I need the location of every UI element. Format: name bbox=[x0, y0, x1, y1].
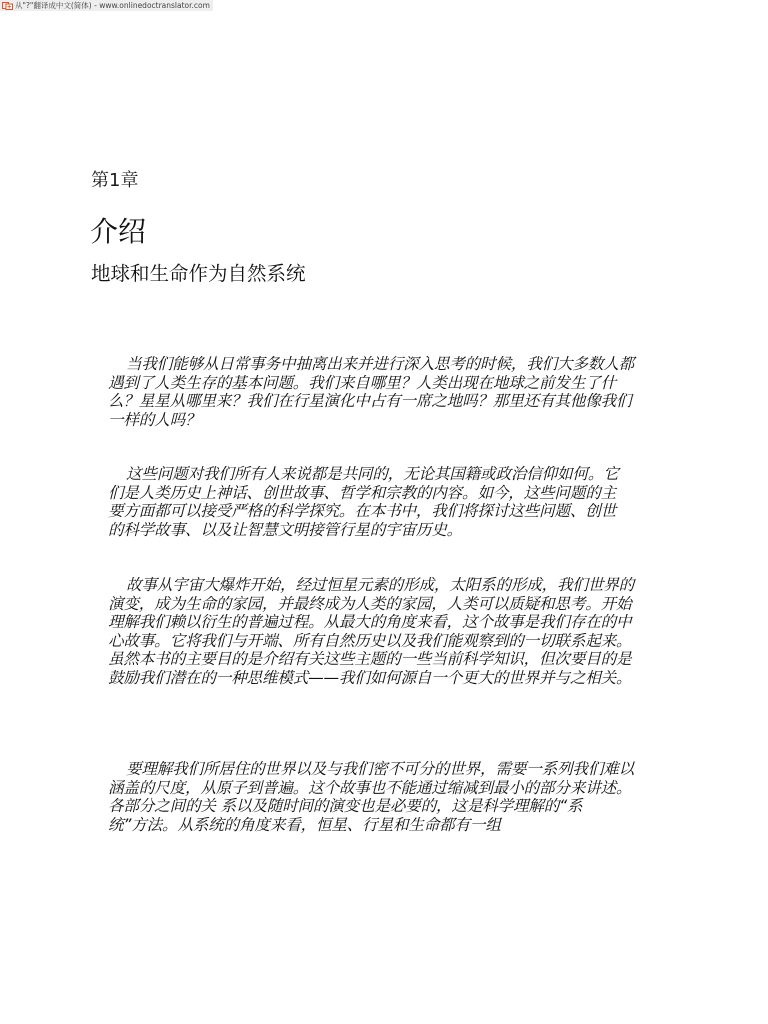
text-line: 们是人类历史上神话、创世故事、哲学和宗教的内容。如今，这些问题的主 bbox=[108, 484, 664, 503]
chapter-title: 介绍 bbox=[90, 215, 146, 249]
paragraph-3: 故事从宇宙大爆炸开始，经过恒星元素的形成，太阳系的形成，我们世界的 演变，成为生… bbox=[108, 576, 664, 688]
text-line: 各部分之间的关 系以及随时间的演变也是必要的，这是科学理解的“系 bbox=[108, 797, 664, 816]
chapter-label: 第1章 bbox=[91, 170, 138, 192]
text-line: 遇到了人类生存的基本问题。我们来自哪里？人类出现在地球之前发生了什 bbox=[108, 374, 664, 393]
text-line: 统”方法。从系统的角度来看，恒星、行星和生命都有一组 bbox=[108, 816, 664, 835]
translator-banner[interactable]: 从"?"翻译成中文(简体) - www.onlinedoctranslator.… bbox=[0, 0, 213, 11]
text-line: 要理解我们所居住的世界以及与我们密不可分的世界，需要一系列我们难以 bbox=[108, 760, 664, 779]
text-line: 涵盖的尺度，从原子到普遍。这个故事也不能通过缩减到最小的部分来讲述。 bbox=[108, 779, 664, 798]
text-line: 的科学故事、以及让智慧文明接管行星的宇宙历史。 bbox=[108, 521, 664, 540]
text-line: 虽然本书的主要目的是介绍有关这些主题的一些当前科学知识，但次要目的是 bbox=[108, 650, 664, 669]
text-line: 么？星星从哪里来？我们在行星演化中占有一席之地吗？那里还有其他像我们 bbox=[108, 392, 664, 411]
text-line: 要方面都可以接受严格的科学探究。在本书中，我们将探讨这些问题、创世 bbox=[108, 502, 664, 521]
text-line: 理解我们赖以衍生的普遍过程。从最大的角度来看，这个故事是我们存在的中 bbox=[108, 613, 664, 632]
chapter-subtitle: 地球和生命作为自然系统 bbox=[91, 262, 306, 286]
paragraph-4: 要理解我们所居住的世界以及与我们密不可分的世界，需要一系列我们难以 涵盖的尺度，… bbox=[108, 760, 664, 834]
paragraph-2: 这些问题对我们所有人来说都是共同的，无论其国籍或政治信仰如何。它 们是人类历史上… bbox=[108, 465, 664, 539]
pdf-translate-icon bbox=[2, 2, 13, 10]
text-line: 心故事。它将我们与开端、所有自然历史以及我们能观察到的一切联系起来。 bbox=[108, 632, 664, 651]
text-line: 鼓励我们潜在的一种思维模式——我们如何源自一个更大的世界并与之相关。 bbox=[108, 669, 664, 688]
paragraph-1: 当我们能够从日常事务中抽离出来并进行深入思考的时候，我们大多数人都 遇到了人类生… bbox=[108, 355, 664, 429]
text-line: 演变，成为生命的家园，并最终成为人类的家园，人类可以质疑和思考。开始 bbox=[108, 595, 664, 614]
banner-text[interactable]: 从"?"翻译成中文(简体) - www.onlinedoctranslator.… bbox=[15, 0, 210, 11]
text-line: 这些问题对我们所有人来说都是共同的，无论其国籍或政治信仰如何。它 bbox=[108, 465, 664, 484]
text-line: 故事从宇宙大爆炸开始，经过恒星元素的形成，太阳系的形成，我们世界的 bbox=[108, 576, 664, 595]
text-line: 一样的人吗？ bbox=[108, 411, 664, 430]
text-line: 当我们能够从日常事务中抽离出来并进行深入思考的时候，我们大多数人都 bbox=[108, 355, 664, 374]
